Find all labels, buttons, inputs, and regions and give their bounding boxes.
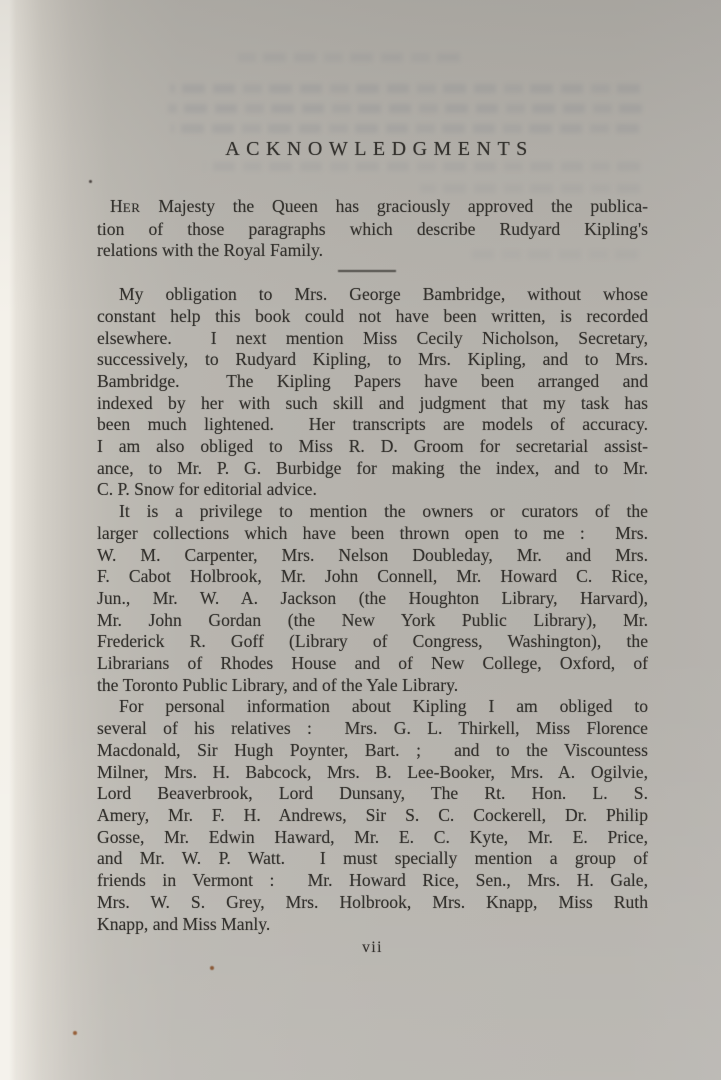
bleedthrough-line	[238, 53, 460, 62]
text-line: F. Cabot Holbrook, Mr. John Connell, Mr.…	[97, 566, 648, 588]
text-line: My obligation to Mrs. George Bambridge, …	[97, 284, 648, 306]
text-line: I am also obliged to Miss R. D. Groom fo…	[97, 436, 648, 458]
text-block: HER Majesty the Queen has graciously app…	[97, 196, 648, 935]
chapter-title: ACKNOWLEDGMENTS	[97, 138, 655, 161]
text-line: Gosse, Mr. Edwin Haward, Mr. E. C. Kyte,…	[97, 827, 648, 849]
bleedthrough-line	[170, 84, 640, 93]
paragraph: For personal information about Kipling I…	[97, 696, 648, 935]
page-number: vii	[97, 939, 648, 957]
text-line: relations with the Royal Family.	[97, 240, 648, 262]
text-line: Frederick R. Goff (Library of Congress, …	[97, 631, 648, 653]
text-line: Knapp, and Miss Manly.	[97, 914, 648, 936]
section-divider	[338, 270, 396, 272]
text-line: Milner, Mrs. H. Babcock, Mrs. B. Lee-Boo…	[97, 762, 648, 784]
text-line: HER Majesty the Queen has graciously app…	[97, 196, 648, 219]
text-line: elsewhere. I next mention Miss Cecily Ni…	[97, 328, 648, 350]
text-line: friends in Vermont : Mr. Howard Rice, Se…	[97, 870, 648, 892]
text-line: several of his relatives : Mrs. G. L. Th…	[97, 718, 648, 740]
text-line: It is a privilege to mention the owners …	[97, 501, 648, 523]
text-line: successively, to Rudyard Kipling, to Mrs…	[97, 349, 648, 371]
paper-speck	[73, 1031, 77, 1035]
text-line: tion of those paragraphs which describe …	[97, 219, 648, 241]
text-line: constant help this book could not have b…	[97, 306, 648, 328]
text-line: Bambridge. The Kipling Papers have been …	[97, 371, 648, 393]
paragraph: My obligation to Mrs. George Bambridge, …	[97, 284, 648, 501]
text-line: Macdonald, Sir Hugh Poynter, Bart. ; and…	[97, 740, 648, 762]
text-line: Mrs. W. S. Grey, Mrs. Holbrook, Mrs. Kna…	[97, 892, 648, 914]
book-page-photo: ACKNOWLEDGMENTS HER Majesty the Queen ha…	[0, 0, 721, 1080]
bleedthrough-line	[420, 184, 640, 193]
text-line: Librarians of Rhodes House and of New Co…	[97, 653, 648, 675]
paper-speck	[89, 180, 92, 183]
text-line: larger collections which have been throw…	[97, 523, 648, 545]
paragraph: HER Majesty the Queen has graciously app…	[97, 196, 648, 262]
text-line: been much lightened. Her transcripts are…	[97, 414, 648, 436]
smallcaps-lead: ER	[123, 200, 141, 215]
text-line: indexed by her with such skill and judgm…	[97, 393, 648, 415]
text-line: Lord Beaverbrook, Lord Dunsany, The Rt. …	[97, 783, 648, 805]
text-line: W. M. Carpenter, Mrs. Nelson Doubleday, …	[97, 545, 648, 567]
text-line: the Toronto Public Library, and of the Y…	[97, 675, 648, 697]
paper-speck	[210, 966, 214, 970]
bleedthrough-line	[204, 162, 640, 171]
paragraph: It is a privilege to mention the owners …	[97, 501, 648, 696]
text-line: C. P. Snow for editorial advice.	[97, 479, 648, 501]
text-line: ance, to Mr. P. G. Burbidge for making t…	[97, 458, 648, 480]
bleedthrough-line	[171, 124, 639, 133]
text-line: and Mr. W. P. Watt. I must specially men…	[97, 848, 648, 870]
bleedthrough-line	[168, 104, 642, 113]
text-line: Amery, Mr. F. H. Andrews, Sir S. C. Cock…	[97, 805, 648, 827]
text-line: Jun., Mr. W. A. Jackson (the Houghton Li…	[97, 588, 648, 610]
text-line: For personal information about Kipling I…	[97, 696, 648, 718]
text-line: Mr. John Gordan (the New York Public Lib…	[97, 610, 648, 632]
